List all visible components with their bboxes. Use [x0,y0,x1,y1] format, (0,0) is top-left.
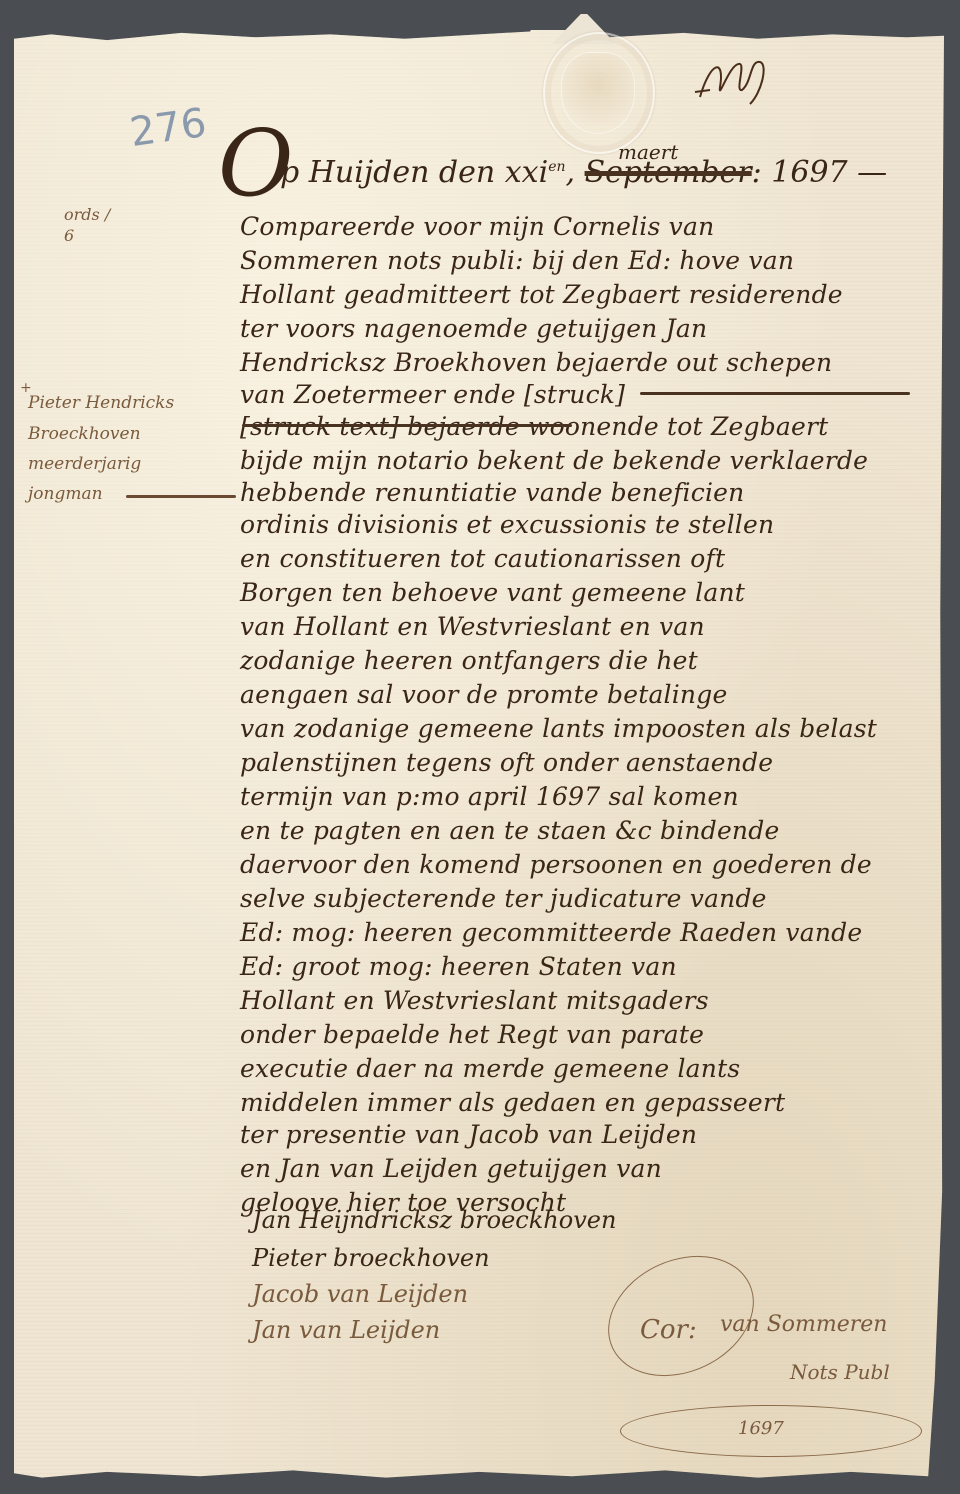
body-line: zodanige heeren ontfangers die het [240,646,698,675]
body-line: Sommeren nots publi: bij den Ed: hove va… [240,246,794,275]
body-line: en constitueren tot cautionarissen oft [240,544,725,573]
notary-date: 1697 [738,1418,784,1439]
body-line: Hendricksz Broekhoven bejaerde out schep… [240,348,832,377]
heading-year: : 1697 — [752,155,888,190]
witness-signature: Jan Heijndricksz broeckhoven [252,1206,616,1234]
body-line: en te pagten en aen te staen &c bindende [240,816,779,845]
body-line: hebbende renuntiatie vande beneficien [240,478,744,507]
witness-signature: Jan van Leijden [252,1316,440,1344]
body-line: executie daer na merde gemeene lants [240,1054,740,1083]
margin-addition-line: Broeckhoven [28,424,141,444]
heading-line: p Huijden den xxien, September: 1697 — [280,155,887,190]
body-line: ter voors nagenoemde getuijgen Jan [240,314,707,343]
notary-name: van Sommeren [720,1312,887,1337]
body-line: bijde mijn notario bekent de bekende ver… [240,446,868,475]
body-line: middelen immer als gedaen en gepasseert [240,1088,785,1117]
body-line: van zodanige gemeene lants impoosten als… [240,714,877,743]
embossed-seal-icon [543,32,655,154]
paraph-mark-icon [690,52,780,112]
body-line: Ed: mog: heeren gecommitteerde Raeden va… [240,918,862,947]
body-line: aengaen sal voor de promte betalinge [240,680,727,709]
strike-through-mark [242,424,572,427]
inserted-month: maert [618,140,678,164]
witness-signature: Jacob van Leijden [252,1280,468,1308]
body-line: Compareerde voor mijn Cornelis van [240,212,714,241]
body-line: palenstijnen tegens oft onder aenstaende [240,748,773,777]
body-line: selve subjecterende ter judicature vande [240,884,767,913]
body-line: Ed: groot mog: heeren Staten van [240,952,677,981]
notary-prefix: Cor: [640,1315,697,1345]
strike-through-mark [640,392,910,395]
heading-text: p Huijden den xxi [280,155,548,190]
seal-crest-icon [561,52,635,134]
witness-signature: Pieter broeckhoven [252,1244,490,1272]
body-line: van Hollant en Westvrieslant en van [240,612,705,641]
margin-addition-line: jongman [28,484,103,504]
body-line: ter presentie van Jacob van Leijden [240,1120,697,1149]
body-line: Hollant en Westvrieslant mitsgaders [240,986,709,1015]
body-line: ordinis divisionis et excussionis te ste… [240,510,774,539]
body-line: termijn van p:mo april 1697 sal komen [240,782,739,811]
margin-link-line [126,495,236,498]
body-line: onder bepaelde het Regt van parate [240,1020,704,1049]
margin-addition-line: meerderjarig [28,454,141,474]
body-line: en Jan van Leijden getuijgen van [240,1154,662,1183]
body-line: daervoor den komend persoonen en goedere… [240,850,872,879]
body-line: Hollant geadmitteert tot Zegbaert reside… [240,280,843,309]
notary-title: Nots Publ [790,1360,890,1384]
margin-note-top: ords / 6 [64,205,124,247]
heading-superscript: en [548,159,565,175]
margin-addition-line: Pieter Hendricks [28,393,174,413]
body-line: Borgen ten behoeve vant gemeene lant [240,578,745,607]
body-line: van Zoetermeer ende [struck] [240,380,625,409]
